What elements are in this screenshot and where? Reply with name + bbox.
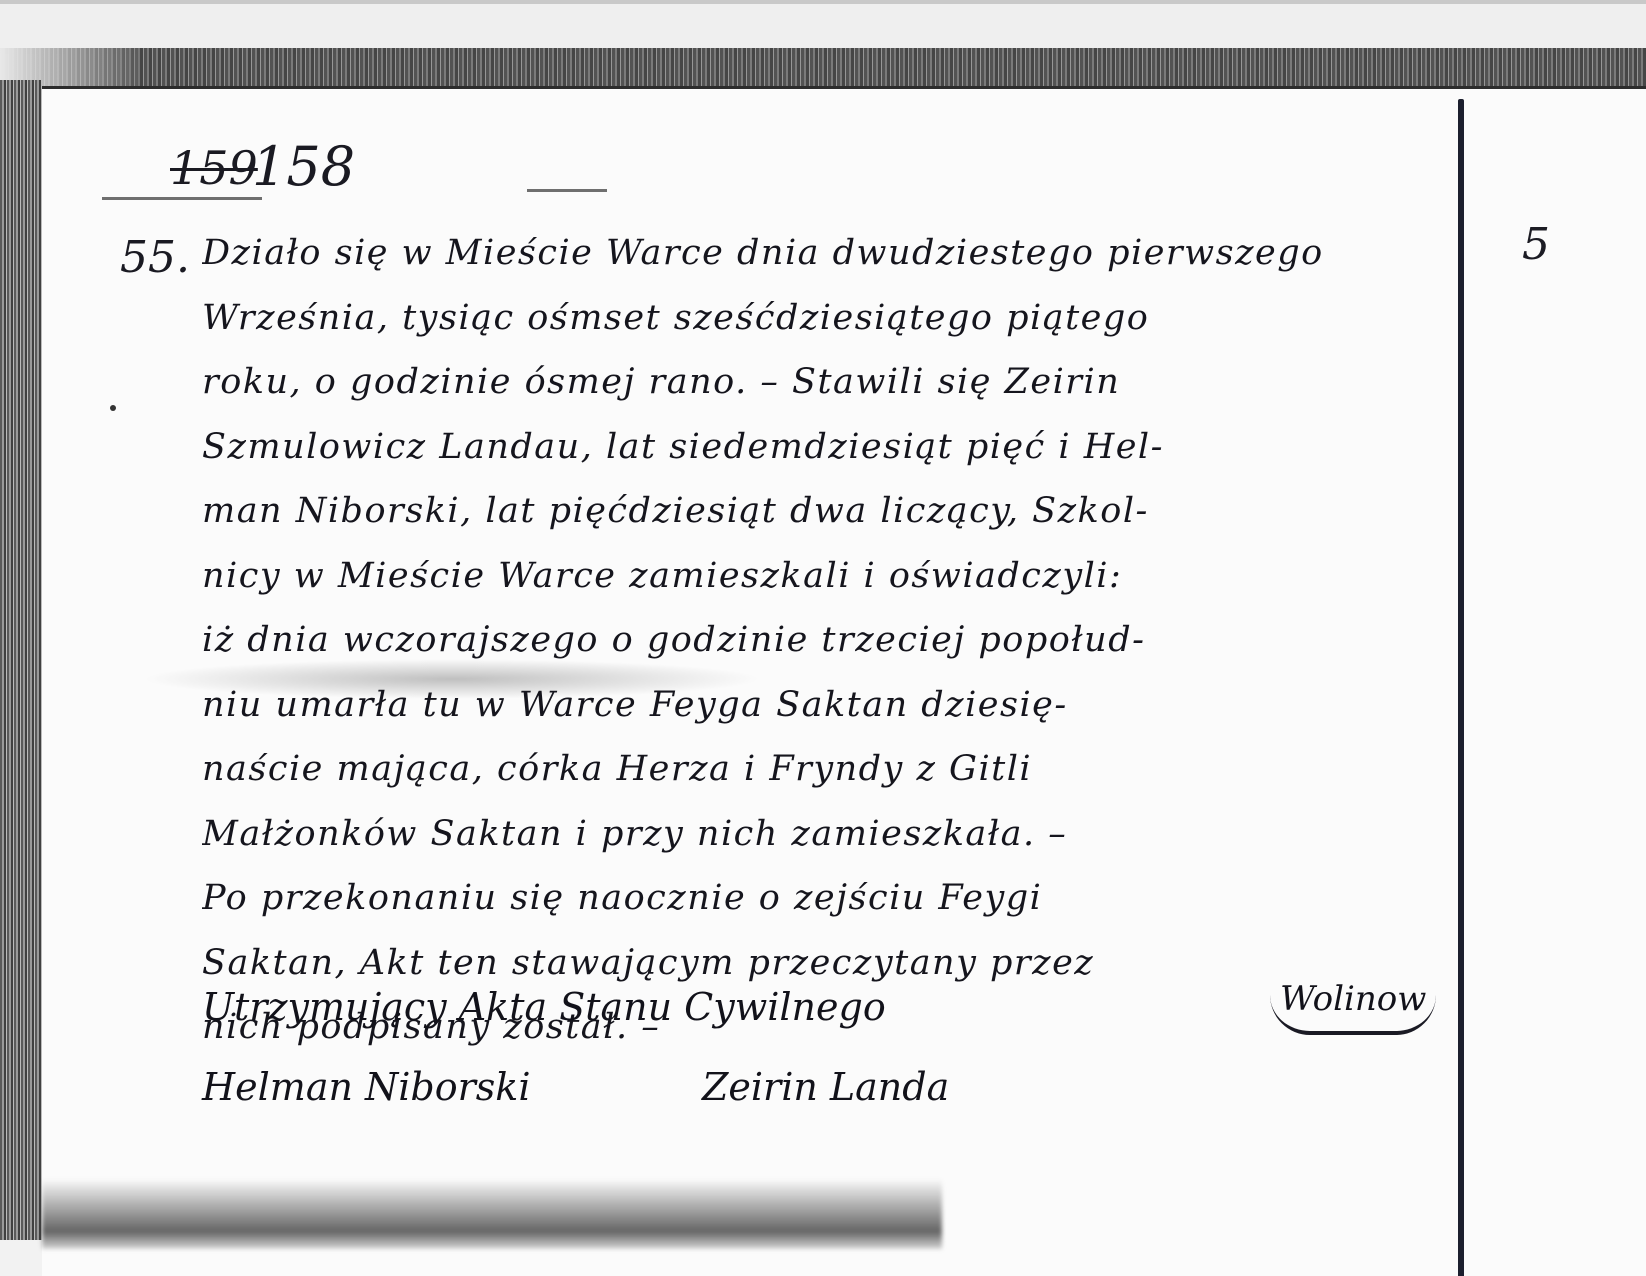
record-line: Szmulowicz Landau, lat siedemdziesiąt pi… xyxy=(202,415,1452,480)
crossed-out-page-number: 159 xyxy=(170,141,258,195)
record-text: Działo się w Mieście Warce dnia dwudzies… xyxy=(202,221,1452,1060)
official-signature-line: Utrzymujący Akta Stanu Cywilnego Wolinow xyxy=(202,967,1452,1047)
right-margin-fragment: 5 xyxy=(1522,219,1550,270)
entry-number: 55. xyxy=(120,232,190,283)
record-line: nicy w Mieście Warce zamieszkali i oświa… xyxy=(202,544,1452,609)
record-line: iż dnia wczorajszego o godzinie trzeciej… xyxy=(202,608,1452,673)
register-page: 5 159 158 55. Działo się w Mieście Warce… xyxy=(42,86,1646,1276)
record-line: niu umarła tu w Warce Feyga Saktan dzies… xyxy=(202,673,1452,738)
book-spine-edge xyxy=(0,80,42,1240)
official-title: Utrzymujący Akta Stanu Cywilnego xyxy=(202,985,886,1029)
page-number: 158 xyxy=(252,135,355,198)
record-line: Małżonków Saktan i przy nich zamieszkała… xyxy=(202,802,1452,867)
margin-mark xyxy=(110,405,116,411)
column-rule-line xyxy=(1458,99,1464,1276)
book-edge-top xyxy=(0,48,1646,90)
record-line: Po przekonaniu się naocznie o zejściu Fe… xyxy=(202,866,1452,931)
record-line: man Niborski, lat pięćdziesiąt dwa liczą… xyxy=(202,479,1452,544)
record-line: roku, o godzinie ósmej rano. – Stawili s… xyxy=(202,350,1452,415)
witness-signature-1: Helman Niborski xyxy=(202,1065,530,1109)
scan-background-top xyxy=(0,0,1646,54)
header-dash xyxy=(527,189,607,192)
page-number-underline xyxy=(102,197,262,200)
witness-signature-line: Helman Niborski Zeirin Landa xyxy=(202,1047,1452,1127)
record-line: Września, tysiąc ośmset sześćdziesiątego… xyxy=(202,286,1452,351)
signature-block: Utrzymujący Akta Stanu Cywilnego Wolinow… xyxy=(202,967,1452,1127)
official-signature: Wolinow xyxy=(1270,967,1436,1035)
record-line: Działo się w Mieście Warce dnia dwudzies… xyxy=(202,221,1452,286)
record-line: naście mająca, córka Herza i Fryndy z Gi… xyxy=(202,737,1452,802)
witness-signature-2: Zeirin Landa xyxy=(702,1047,949,1127)
